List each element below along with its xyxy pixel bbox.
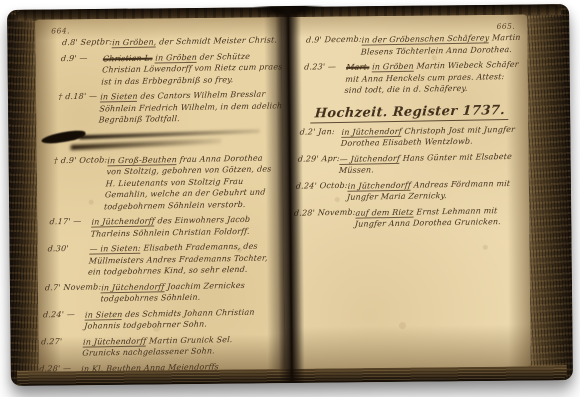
register-entry: d.7' Novemb:in Jütchendorff Joachim Zern… — [44, 279, 272, 306]
entry-date: d.28' — — [38, 363, 82, 371]
register-entry: d.9' Decemb:in der Gröbenschen Schäferey… — [305, 32, 525, 59]
register-entry: d.28' Novemb:auf dem Rietz Ernst Lehmann… — [293, 204, 513, 231]
entry-text: Mart. in Gröben Martin Wiebeck Schäfer m… — [344, 59, 522, 97]
entry-place: in Jütchendorff — [83, 336, 147, 347]
entry-place: in Jütchendorff — [91, 216, 155, 227]
entry-date: d.24' — — [42, 309, 86, 333]
entry-place: in Groß-Beuthen — [107, 155, 177, 166]
entry-place: in Gröben, — [112, 38, 157, 49]
right-page-entries: d.9' Decemb:in der Gröbenschen Schäferey… — [284, 32, 525, 362]
register-entry: d.9' —Christian L. in Gröben der Schütze… — [59, 50, 285, 88]
register-heading: Hochzeit. Register 1737. — [300, 98, 519, 121]
entry-date: d.9' Decemb: — [305, 35, 362, 59]
register-heading-text: Hochzeit. Register 1737. — [310, 103, 510, 123]
entry-text: in Sieten des Cantors Wilhelm Bresslar S… — [98, 88, 285, 126]
entry-date: d.17' — — [48, 217, 92, 241]
entry-text: in Jütchendorff Andreas Fördmann mit Jun… — [346, 177, 514, 203]
book-edge-right — [525, 4, 573, 380]
entry-text: in Kl. Beuthen Anna Mejendorffs Töchterl… — [80, 360, 266, 372]
entry-place: in Kl. Beuthen — [81, 363, 142, 372]
register-entry: † d.18' —in Sieten des Cantors Wilhelm B… — [56, 88, 285, 126]
entry-text: in der Gröbenschen Schäferey Martin Bles… — [360, 32, 524, 58]
register-entry: d.27'in Jütchendorff Martin Grunick Sel.… — [40, 333, 268, 360]
left-page-entries: d.8' Septbr:in Gröben, der Schmidt Meist… — [40, 34, 285, 364]
entry-date: d.30' — [46, 244, 90, 279]
crossed-out-word: Christian L. — [103, 53, 153, 63]
entry-text: in Jütchendorf Christoph Jost mit Jungfe… — [340, 123, 518, 149]
entry-date: † d.18' — — [56, 91, 100, 126]
entries-before-heading: d.9' Decemb:in der Gröbenschen Schäferey… — [302, 32, 524, 97]
open-book: 664. d.8' Septbr:in Gröben, der Schmidt … — [7, 4, 573, 386]
entry-date: d.29' Apr: — [296, 153, 340, 177]
ink-smear — [54, 127, 282, 153]
left-page: 664. d.8' Septbr:in Gröben, der Schmidt … — [35, 17, 285, 372]
entry-place: — Jütchendorf — [339, 153, 400, 164]
entry-place: — in Sieten: — [89, 244, 141, 255]
right-page: 665. d.9' Decemb:in der Gröbenschen Schä… — [281, 15, 531, 370]
entry-text: in Jütchendorff des Einwohners Jacob Tha… — [90, 213, 276, 239]
entry-date: d.28' Novemb: — [293, 207, 356, 231]
entry-date: d.7' Novemb: — [44, 282, 102, 306]
entry-text: in Jütchendorff Joachim Zernickes todgeb… — [100, 279, 271, 305]
register-entry: d.17' —in Jütchendorff des Einwohners Ja… — [48, 213, 276, 240]
entry-date: d.27' — [40, 336, 84, 360]
entry-text: in Jütchendorff Martin Grunick Sel. Grun… — [82, 333, 268, 359]
entry-date: † d.9' Octob: — [50, 155, 108, 213]
entry-place: in Jütchendorff — [101, 282, 165, 293]
entry-place: in Gröben — [372, 62, 414, 73]
page-number-right: 665. — [496, 22, 515, 31]
entry-text: — in Sieten: Elisabeth Frademanns, des M… — [88, 240, 275, 278]
entry-text: in Sieten des Schmidts Johann Christian … — [84, 306, 270, 332]
entry-text: auf dem Rietz Ernst Lehmann mit Jungfer … — [354, 204, 512, 230]
entry-date: d.9' — — [59, 53, 103, 88]
entry-place: in Jütchendorf — [341, 126, 402, 137]
register-entry: d.23' —Mart. in Gröben Martin Wiebeck Sc… — [302, 59, 523, 97]
entry-place: auf dem Rietz — [355, 207, 414, 218]
register-entry: d.24' —in Sieten des Schmidts Johann Chr… — [42, 306, 270, 333]
register-entry: d.2' Jan:in Jütchendorf Christoph Jost m… — [298, 123, 518, 150]
entry-date: d.2' Jan: — [298, 126, 342, 150]
entry-place: in Sieten — [100, 92, 138, 103]
entry-text: in Groß-Beuthen frau Anna Dorothea von S… — [104, 152, 281, 213]
ink-stroke — [79, 129, 259, 139]
ink-stroke — [71, 138, 222, 150]
entry-text: — Jütchendorf Hans Günter mit Elsabete M… — [339, 150, 517, 176]
entry-date: d.24' Octob: — [295, 180, 349, 204]
entry-text: in Gröben, der Schmidt Meister Christ. — [112, 34, 285, 49]
entry-text: Christian L. in Gröben der Schütze Chris… — [101, 50, 285, 88]
entry-place: in Sieten — [85, 309, 123, 320]
register-entry: † d.9' Octob:in Groß-Beuthen frau Anna D… — [50, 152, 280, 213]
crossed-out-word: Mart. — [346, 62, 370, 71]
entry-place: in Gröben — [155, 52, 197, 63]
page-number-left: 664. — [51, 26, 70, 35]
register-entry: d.30'— in Sieten: Elisabeth Frademanns, … — [46, 240, 275, 278]
page-spread: 664. d.8' Septbr:in Gröben, der Schmidt … — [35, 15, 531, 372]
register-entry: d.28' —in Kl. Beuthen Anna Mejendorffs T… — [38, 360, 266, 372]
register-entry: d.8' Septbr:in Gröben, der Schmidt Meist… — [62, 34, 285, 49]
register-entry: d.24' Octob:in Jütchendorff Andreas Förd… — [295, 177, 515, 204]
entry-date: d.23' — — [302, 62, 346, 97]
entry-place: in der Gröbenschen Schäferey — [361, 33, 489, 45]
register-entry: d.29' Apr:— Jütchendorf Hans Günter mit … — [296, 150, 516, 177]
entry-date: d.8' Septbr: — [62, 37, 113, 49]
entry-place: in Jütchendorff — [347, 180, 411, 191]
entries-after-heading: d.2' Jan:in Jütchendorf Christoph Jost m… — [293, 123, 518, 231]
